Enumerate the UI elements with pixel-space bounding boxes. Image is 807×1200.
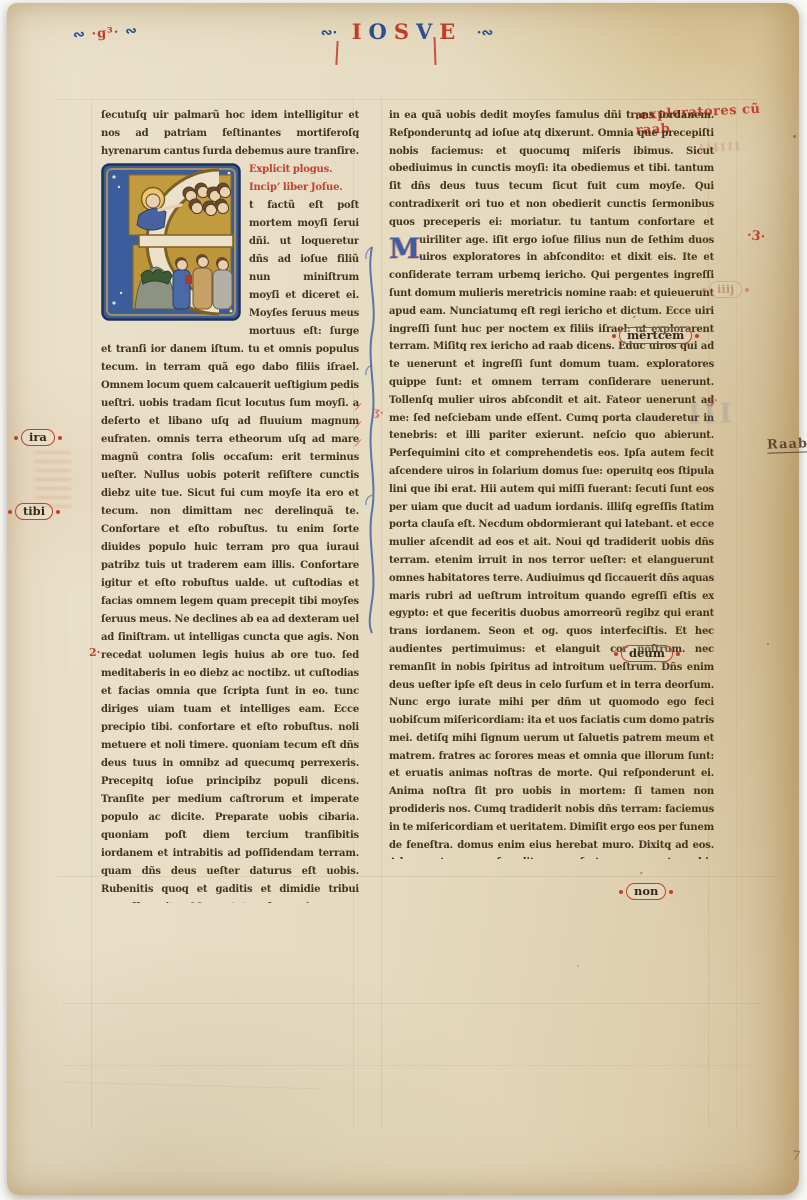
text-column-left: ſecutuſq uir palmarũ hoc idem intelligit…	[101, 107, 359, 903]
margin-gloss-ira: ira	[21, 429, 55, 446]
pen-flourish-bar	[363, 245, 381, 635]
line-end-tick: ⟋	[355, 403, 361, 413]
title-letter: E	[439, 19, 462, 44]
margin-red-squiggle: ʒ·	[706, 392, 719, 407]
ruling-line	[62, 1082, 322, 1090]
prologue-ending-text: ſecutuſq uir palmarũ hoc idem intelligit…	[101, 110, 359, 157]
title-descender-stroke	[335, 41, 338, 65]
margin-mark-2: 2·	[89, 646, 100, 659]
margin-mark-3: ·3·	[746, 228, 766, 245]
title-flourish-left: ∾·	[321, 25, 338, 41]
text-column-right: in ea quã uobis dedit moyſes famulus dñi…	[389, 107, 714, 859]
title-letter: I	[352, 19, 369, 44]
quire-mark: ∾ ·g³· ∾	[73, 23, 139, 43]
parchment-leaf: ∾· IOSVE ·∾ ∾ ·g³· ∾ :exploratores cũ ra…	[7, 3, 799, 1195]
joshua-ch1-end-text: in ea quã uobis dedit moyſes famulus dñi…	[389, 110, 714, 246]
ruling-line	[57, 99, 757, 100]
quire-signature: ·g³·	[91, 25, 120, 42]
title-flourish-right: ·∾	[477, 25, 494, 41]
running-title: ∾· IOSVE ·∾	[287, 19, 527, 44]
title-letter: S	[394, 19, 416, 44]
quire-flourish-right: ∾	[125, 23, 139, 40]
joshua-ch1-text: danem iſtum. tu et omnis populus tecum. …	[101, 344, 359, 903]
blemish	[793, 135, 796, 138]
blemish	[767, 643, 769, 645]
blemish	[577, 965, 579, 967]
offset-ghost-text	[35, 451, 71, 509]
ruling-line	[736, 98, 737, 1128]
initial-E-miniature	[101, 163, 241, 321]
gutter-red-mark: ʒ·	[371, 404, 385, 420]
rubric-explicit: Explicit plogus.	[249, 164, 332, 175]
line-end-tick: ⟋	[355, 439, 361, 449]
title-letter: O	[369, 19, 394, 44]
margin-gloss-deum: deum	[621, 645, 673, 662]
manuscript-photo: ∾· IOSVE ·∾ ∾ ·g³· ∾ :exploratores cũ ra…	[0, 0, 807, 1200]
gloss-accent: ´	[638, 871, 644, 884]
margin-note-raab: Raab	[767, 436, 807, 453]
margin-gloss-non: non	[626, 883, 666, 900]
illuminated-initial-E	[101, 163, 241, 321]
ruling-line	[91, 98, 92, 1128]
rubric: Explicit plogus. Incip’ liber Joſue.	[249, 164, 343, 193]
ruling-line	[62, 1003, 762, 1004]
line-end-tick: ⟋	[355, 421, 361, 431]
margin-gloss-meretricem: mērtcem	[619, 327, 692, 344]
margin-mark-iiij: iiij	[709, 281, 742, 298]
corner-mark-7: 7	[791, 1148, 801, 1164]
rubric-incipit: Incip’ liber Joſue.	[249, 182, 343, 193]
margin-gloss-tibi: tibi	[15, 503, 53, 520]
ruling-line	[381, 98, 382, 1128]
quire-flourish-left: ∾	[73, 26, 87, 43]
chapter2-initial-M: M	[389, 233, 415, 267]
title-letter: V	[416, 19, 439, 44]
gloss-accent: ´	[631, 315, 637, 328]
ruling-line	[62, 1065, 752, 1066]
